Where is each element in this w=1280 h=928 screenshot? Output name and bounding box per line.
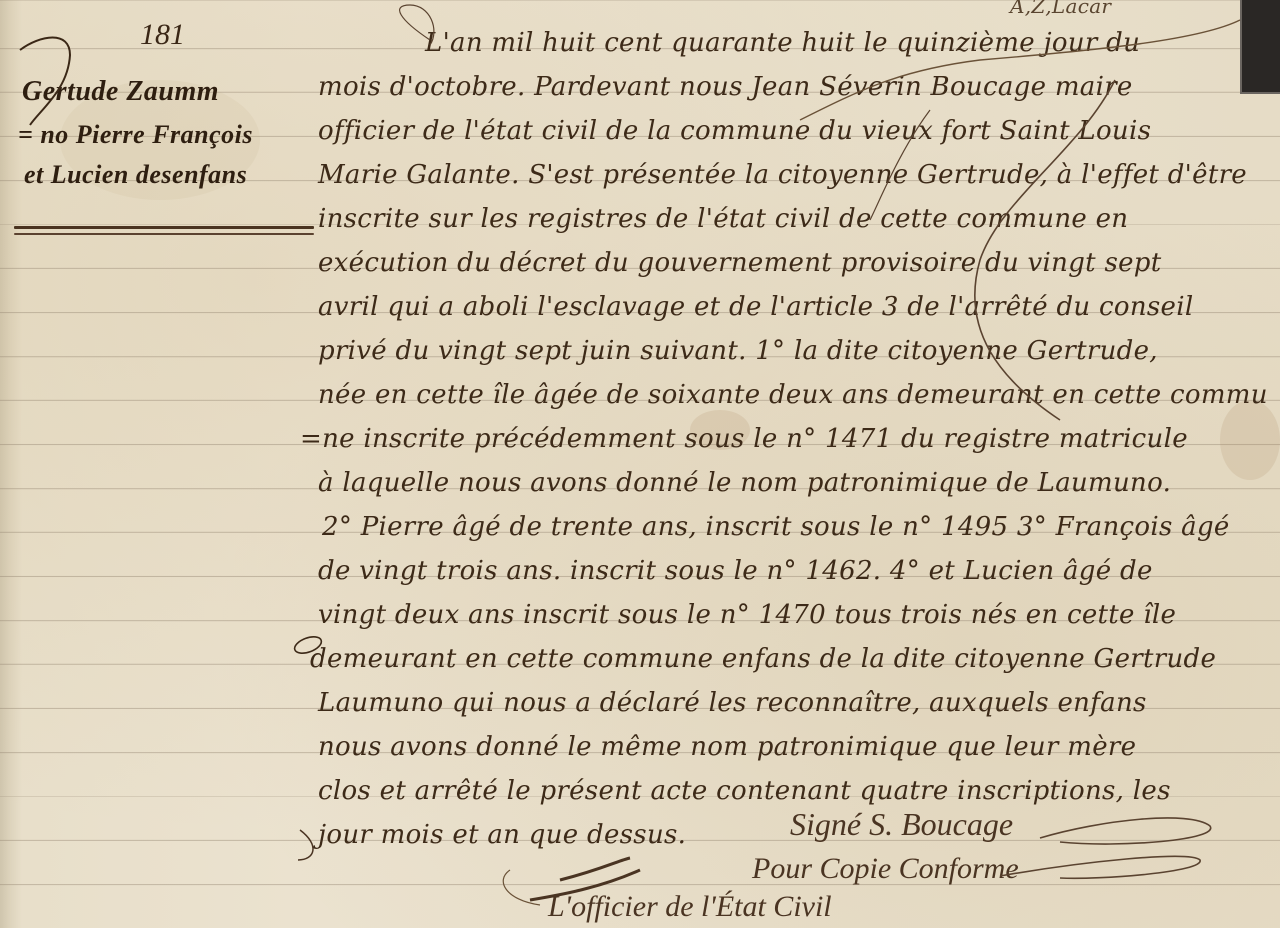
body-line-6: exécution du décret du gouvernement prov… bbox=[318, 248, 1161, 278]
margin-children-line-2: et Lucien desenfans bbox=[24, 160, 247, 190]
officer-title: L'officier de l'État Civil bbox=[548, 890, 832, 924]
mayor-signature: Signé S. Boucage bbox=[790, 806, 1013, 843]
margin-children-line: = no Pierre François bbox=[18, 120, 253, 150]
document-scan: A,Z,Lacar 181 Gertude Zaumm = no Pierre … bbox=[0, 0, 1280, 928]
body-line-2: mois d'octobre. Pardevant nous Jean Séve… bbox=[318, 72, 1133, 102]
body-line-9: née en cette île âgée de soixante deux a… bbox=[318, 380, 1268, 410]
body-line-17: nous avons donné le même nom patronimiqu… bbox=[318, 732, 1136, 762]
margin-name-line: Gertude Zaumm bbox=[22, 76, 219, 108]
body-line-13: de vingt trois ans. inscrit sous le n° 1… bbox=[318, 556, 1153, 586]
body-line-10: =ne inscrite précédemment sous le n° 147… bbox=[300, 424, 1188, 454]
body-line-14: vingt deux ans inscrit sous le n° 1470 t… bbox=[318, 600, 1176, 630]
body-line-19: jour mois et an que dessus. bbox=[318, 820, 686, 850]
top-right-note: A,Z,Lacar bbox=[1010, 0, 1111, 18]
body-line-18: clos et arrêté le présent acte contenant… bbox=[318, 776, 1171, 806]
paper-stain bbox=[1220, 400, 1280, 480]
copy-certification: Pour Copie Conforme bbox=[752, 852, 1019, 886]
body-line-3: officier de l'état civil de la commune d… bbox=[318, 116, 1151, 146]
body-line-12: 2° Pierre âgé de trente ans, inscrit sou… bbox=[322, 512, 1230, 542]
body-line-16: Laumuno qui nous a déclaré les reconnaît… bbox=[318, 688, 1147, 718]
scan-corner-marker bbox=[1240, 0, 1280, 94]
margin-divider bbox=[14, 233, 314, 235]
body-line-8: privé du vingt sept juin suivant. 1° la … bbox=[318, 336, 1158, 366]
entry-number: 181 bbox=[140, 18, 185, 52]
margin-divider bbox=[14, 226, 314, 229]
body-line-5: inscrite sur les registres de l'état civ… bbox=[318, 204, 1128, 234]
body-line-11: à laquelle nous avons donné le nom patro… bbox=[318, 468, 1171, 498]
body-line-7: avril qui a aboli l'esclavage et de l'ar… bbox=[318, 292, 1193, 322]
body-line-1: L'an mil huit cent quarante huit le quin… bbox=[425, 28, 1140, 58]
body-line-15: demeurant en cette commune enfans de la … bbox=[310, 644, 1216, 674]
body-line-4: Marie Galante. S'est présentée la citoye… bbox=[318, 160, 1247, 190]
